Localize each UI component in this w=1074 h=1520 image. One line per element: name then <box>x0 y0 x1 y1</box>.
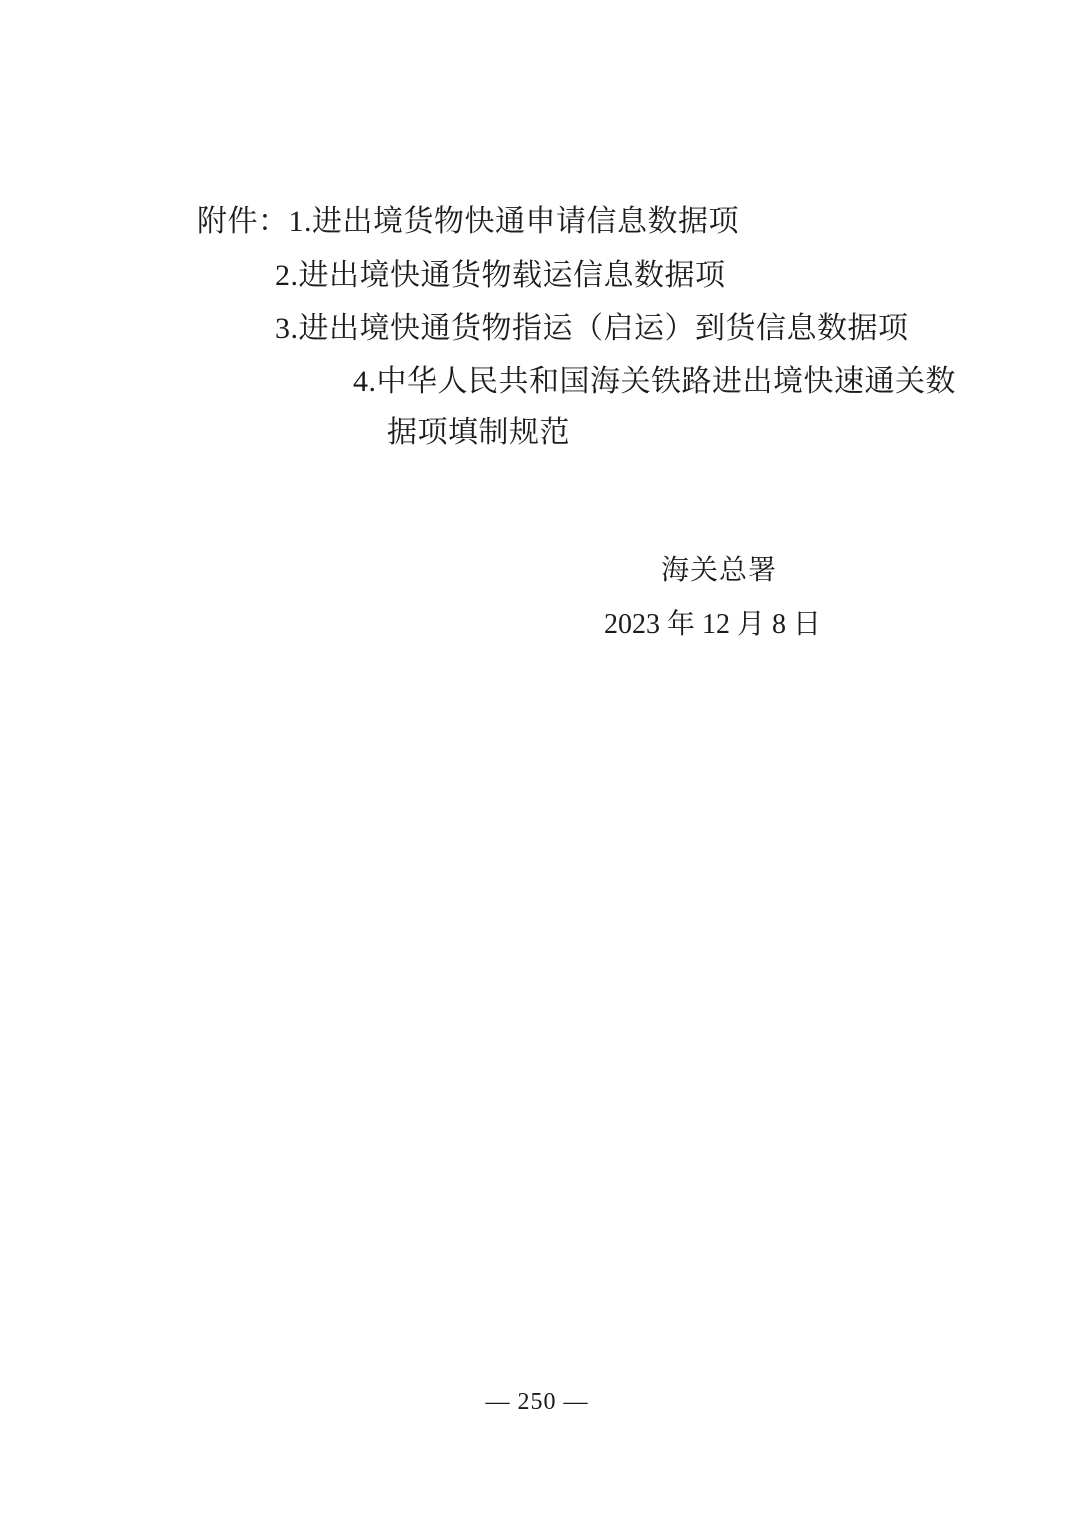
signature-date: 2023 年 12 月 8 日 <box>604 611 821 639</box>
attachment-item-2: 2.进出境快通货物载运信息数据项 <box>275 261 726 291</box>
attachment-item-4: 4.中华人民共和国海关铁路进出境快速通关数 <box>353 367 956 397</box>
attachment-item-1: 1.进出境货物快通申请信息数据项 <box>289 205 740 238</box>
attachment-line-1: 附件：1.进出境货物快通申请信息数据项 <box>197 207 739 237</box>
signature-issuer: 海关总署 <box>661 557 777 585</box>
page-number: — 250 — <box>0 1390 1074 1414</box>
document-page: 附件：1.进出境货物快通申请信息数据项 2.进出境快通货物载运信息数据项 3.进… <box>0 0 1074 1520</box>
attachment-item-3: 3.进出境快通货物指运（启运）到货信息数据项 <box>275 314 909 344</box>
attachment-item-4-continuation: 据项填制规范 <box>387 418 570 448</box>
attachment-label: 附件： <box>197 205 289 238</box>
